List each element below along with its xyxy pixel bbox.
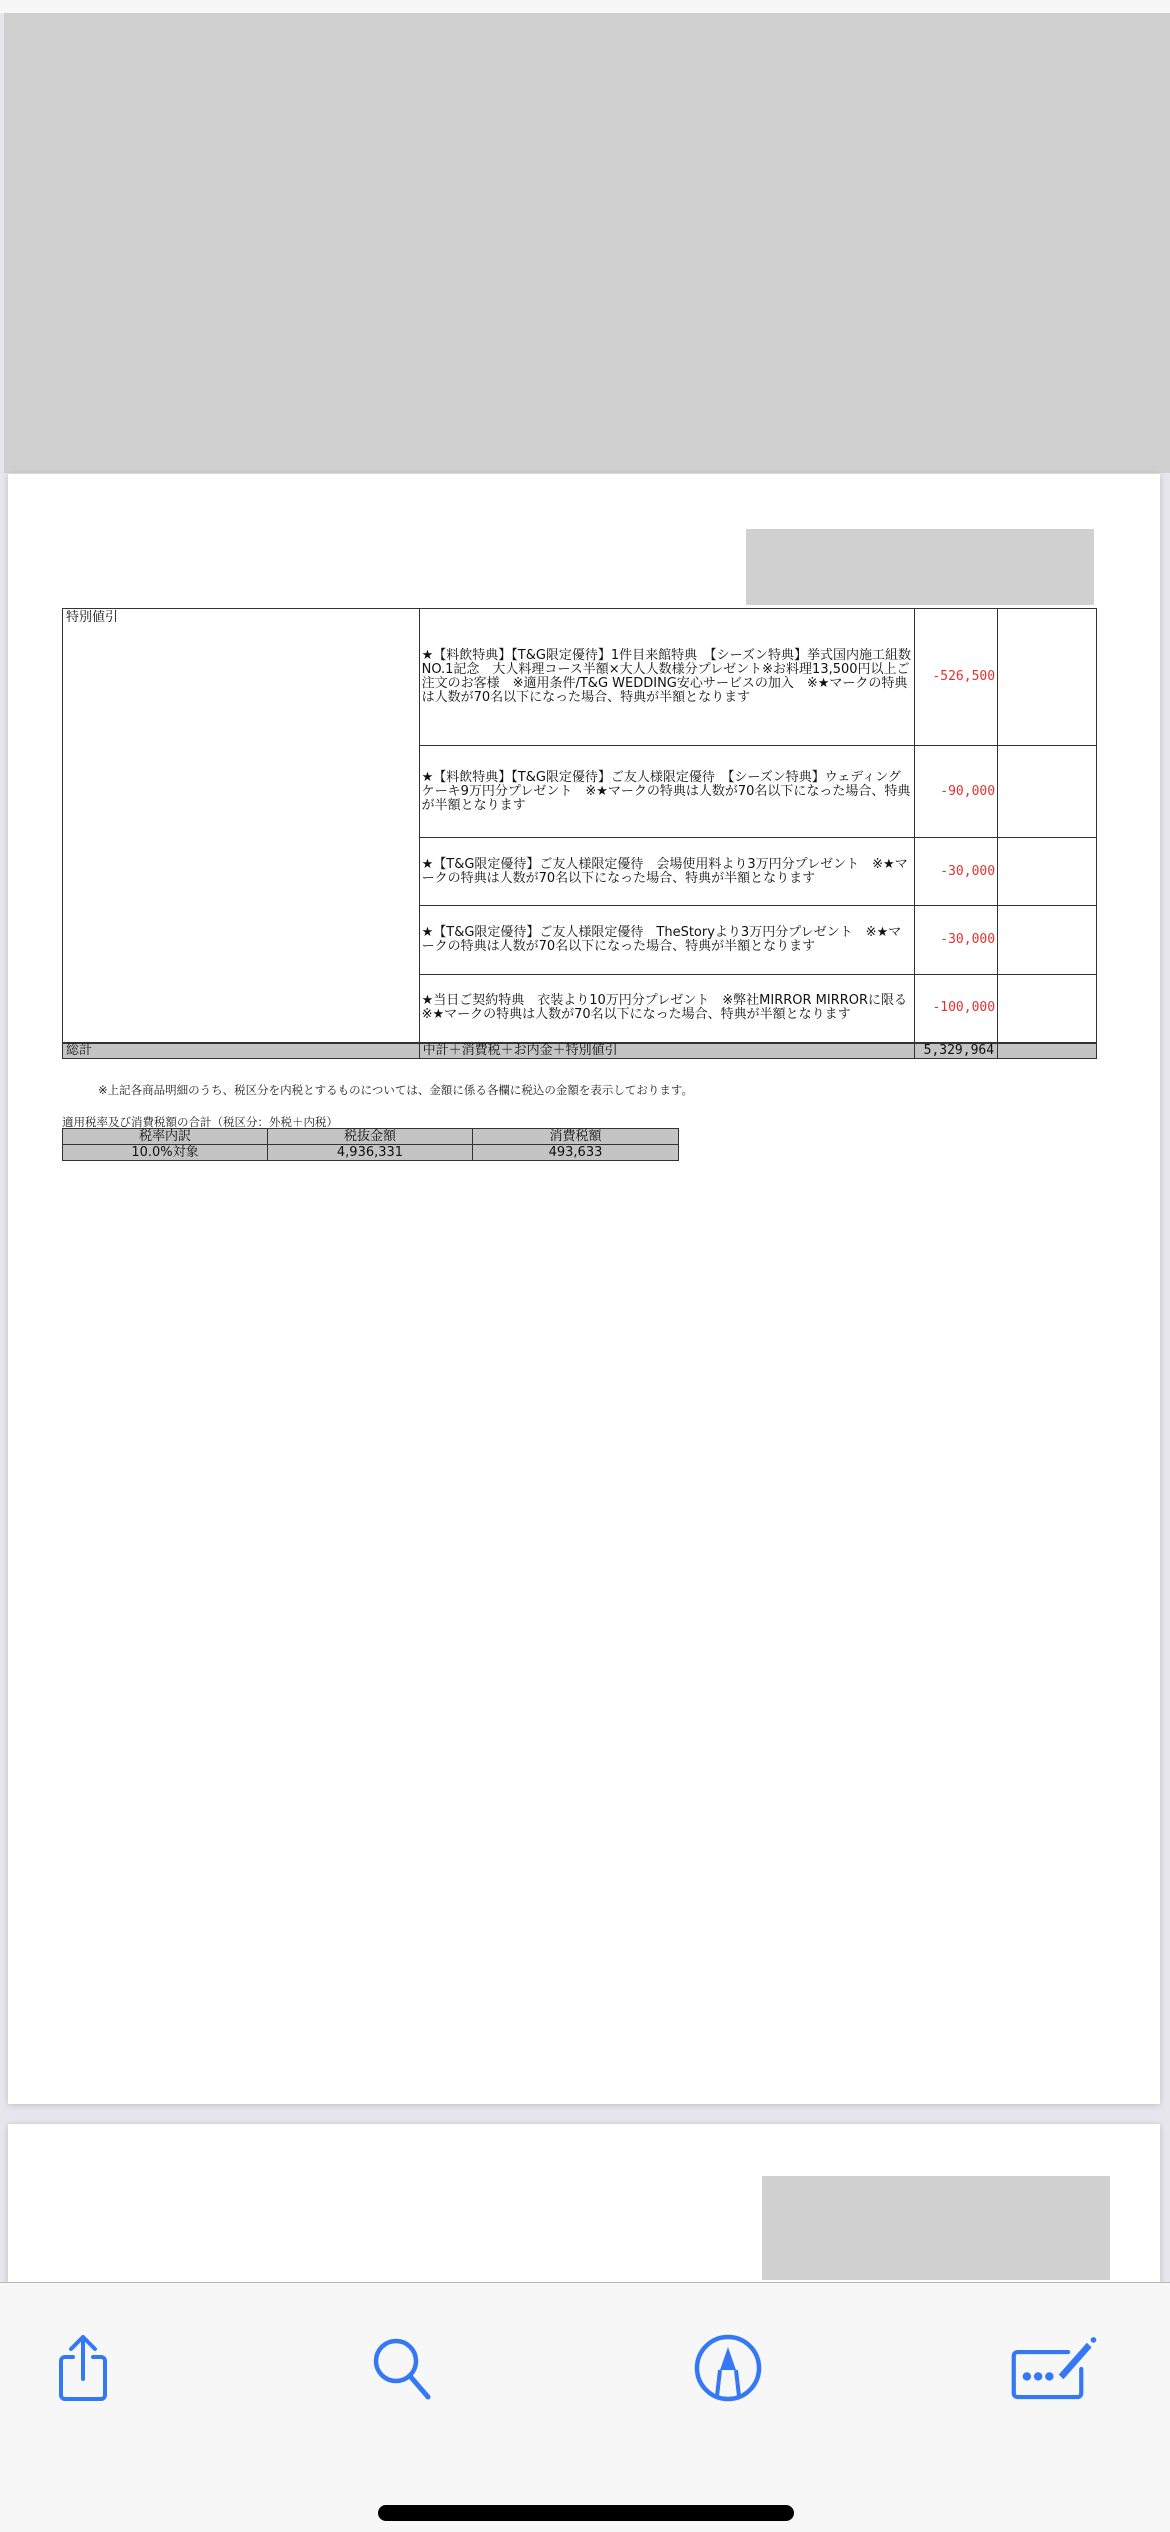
empty-cell bbox=[998, 975, 1097, 1043]
markup-icon bbox=[693, 2333, 763, 2403]
fill-and-sign-button[interactable] bbox=[1010, 2323, 1100, 2413]
signature-form-icon bbox=[1010, 2333, 1100, 2403]
tax-header-rate: 税率内訳 bbox=[63, 1129, 268, 1145]
discount-description: ★【料飲特典】【T&G限定優待】1件目来館特典 【シーズン特典】挙式国内施工組数… bbox=[419, 609, 915, 746]
home-indicator[interactable] bbox=[378, 2505, 794, 2521]
discount-description: ★【T&G限定優待】ご友人様限定優待 TheStoryより3万円分プレゼント ※… bbox=[419, 906, 915, 975]
redacted-region bbox=[4, 13, 1170, 473]
tax-rate: 10.0%対象 bbox=[63, 1145, 268, 1161]
discount-amount: -526,500 bbox=[915, 609, 998, 746]
empty-cell bbox=[998, 1043, 1097, 1059]
tax-summary-table: 税率内訳 税抜金額 消費税額 10.0%対象 4,936,331 493,633 bbox=[62, 1128, 679, 1161]
discount-amount: -30,000 bbox=[915, 906, 998, 975]
tax-header-tax: 消費税額 bbox=[473, 1129, 679, 1145]
discount-amount: -100,000 bbox=[915, 975, 998, 1043]
discount-amount: -30,000 bbox=[915, 838, 998, 906]
discount-table: 特別値引 ★【料飲特典】【T&G限定優待】1件目来館特典 【シーズン特典】挙式国… bbox=[62, 608, 1097, 1059]
share-button[interactable] bbox=[38, 2323, 128, 2413]
share-icon bbox=[53, 2333, 113, 2403]
empty-cell bbox=[998, 838, 1097, 906]
tax-row: 10.0%対象 4,936,331 493,633 bbox=[63, 1145, 679, 1161]
search-button[interactable] bbox=[358, 2323, 448, 2413]
discount-description: ★当日ご契約特典 衣装より10万円分プレゼント ※弊社MIRROR MIRROR… bbox=[419, 975, 915, 1043]
section-label: 特別値引 bbox=[63, 609, 420, 1043]
empty-cell bbox=[998, 746, 1097, 838]
search-icon bbox=[368, 2333, 438, 2403]
tax-amount: 493,633 bbox=[473, 1145, 679, 1161]
total-formula: 中計＋消費税＋お内金＋特別値引 bbox=[419, 1043, 915, 1059]
empty-cell bbox=[998, 609, 1097, 746]
redacted-region bbox=[762, 2176, 1110, 2280]
discount-description: ★【T&G限定優待】ご友人様限定優待 会場使用料より3万円分プレゼント ※★マー… bbox=[419, 838, 915, 906]
tax-header-net: 税抜金額 bbox=[268, 1129, 473, 1145]
pdf-page-1: 特別値引 ★【料飲特典】【T&G限定優待】1件目来館特典 【シーズン特典】挙式国… bbox=[8, 474, 1160, 2104]
discount-description: ★【料飲特典】【T&G限定優待】ご友人様限定優待 【シーズン特典】ウェディングケ… bbox=[419, 746, 915, 838]
tax-net-amount: 4,936,331 bbox=[268, 1145, 473, 1161]
table-row: 特別値引 ★【料飲特典】【T&G限定優待】1件目来館特典 【シーズン特典】挙式国… bbox=[63, 609, 1097, 746]
bottom-toolbar bbox=[0, 2282, 1170, 2532]
pdf-page-2 bbox=[8, 2124, 1160, 2284]
empty-cell bbox=[998, 906, 1097, 975]
total-row: 総計 中計＋消費税＋お内金＋特別値引 5,329,964 bbox=[63, 1043, 1097, 1059]
total-amount: 5,329,964 bbox=[915, 1043, 998, 1059]
status-bar-area bbox=[0, 0, 1170, 13]
discount-amount: -90,000 bbox=[915, 746, 998, 838]
markup-button[interactable] bbox=[683, 2323, 773, 2413]
tax-header-row: 税率内訳 税抜金額 消費税額 bbox=[63, 1129, 679, 1145]
total-label: 総計 bbox=[63, 1043, 420, 1059]
tax-note: ※上記各商品明細のうち、税区分を内税とするものについては、金額に係る各欄に税込の… bbox=[98, 1082, 693, 1098]
redacted-region bbox=[746, 529, 1094, 605]
